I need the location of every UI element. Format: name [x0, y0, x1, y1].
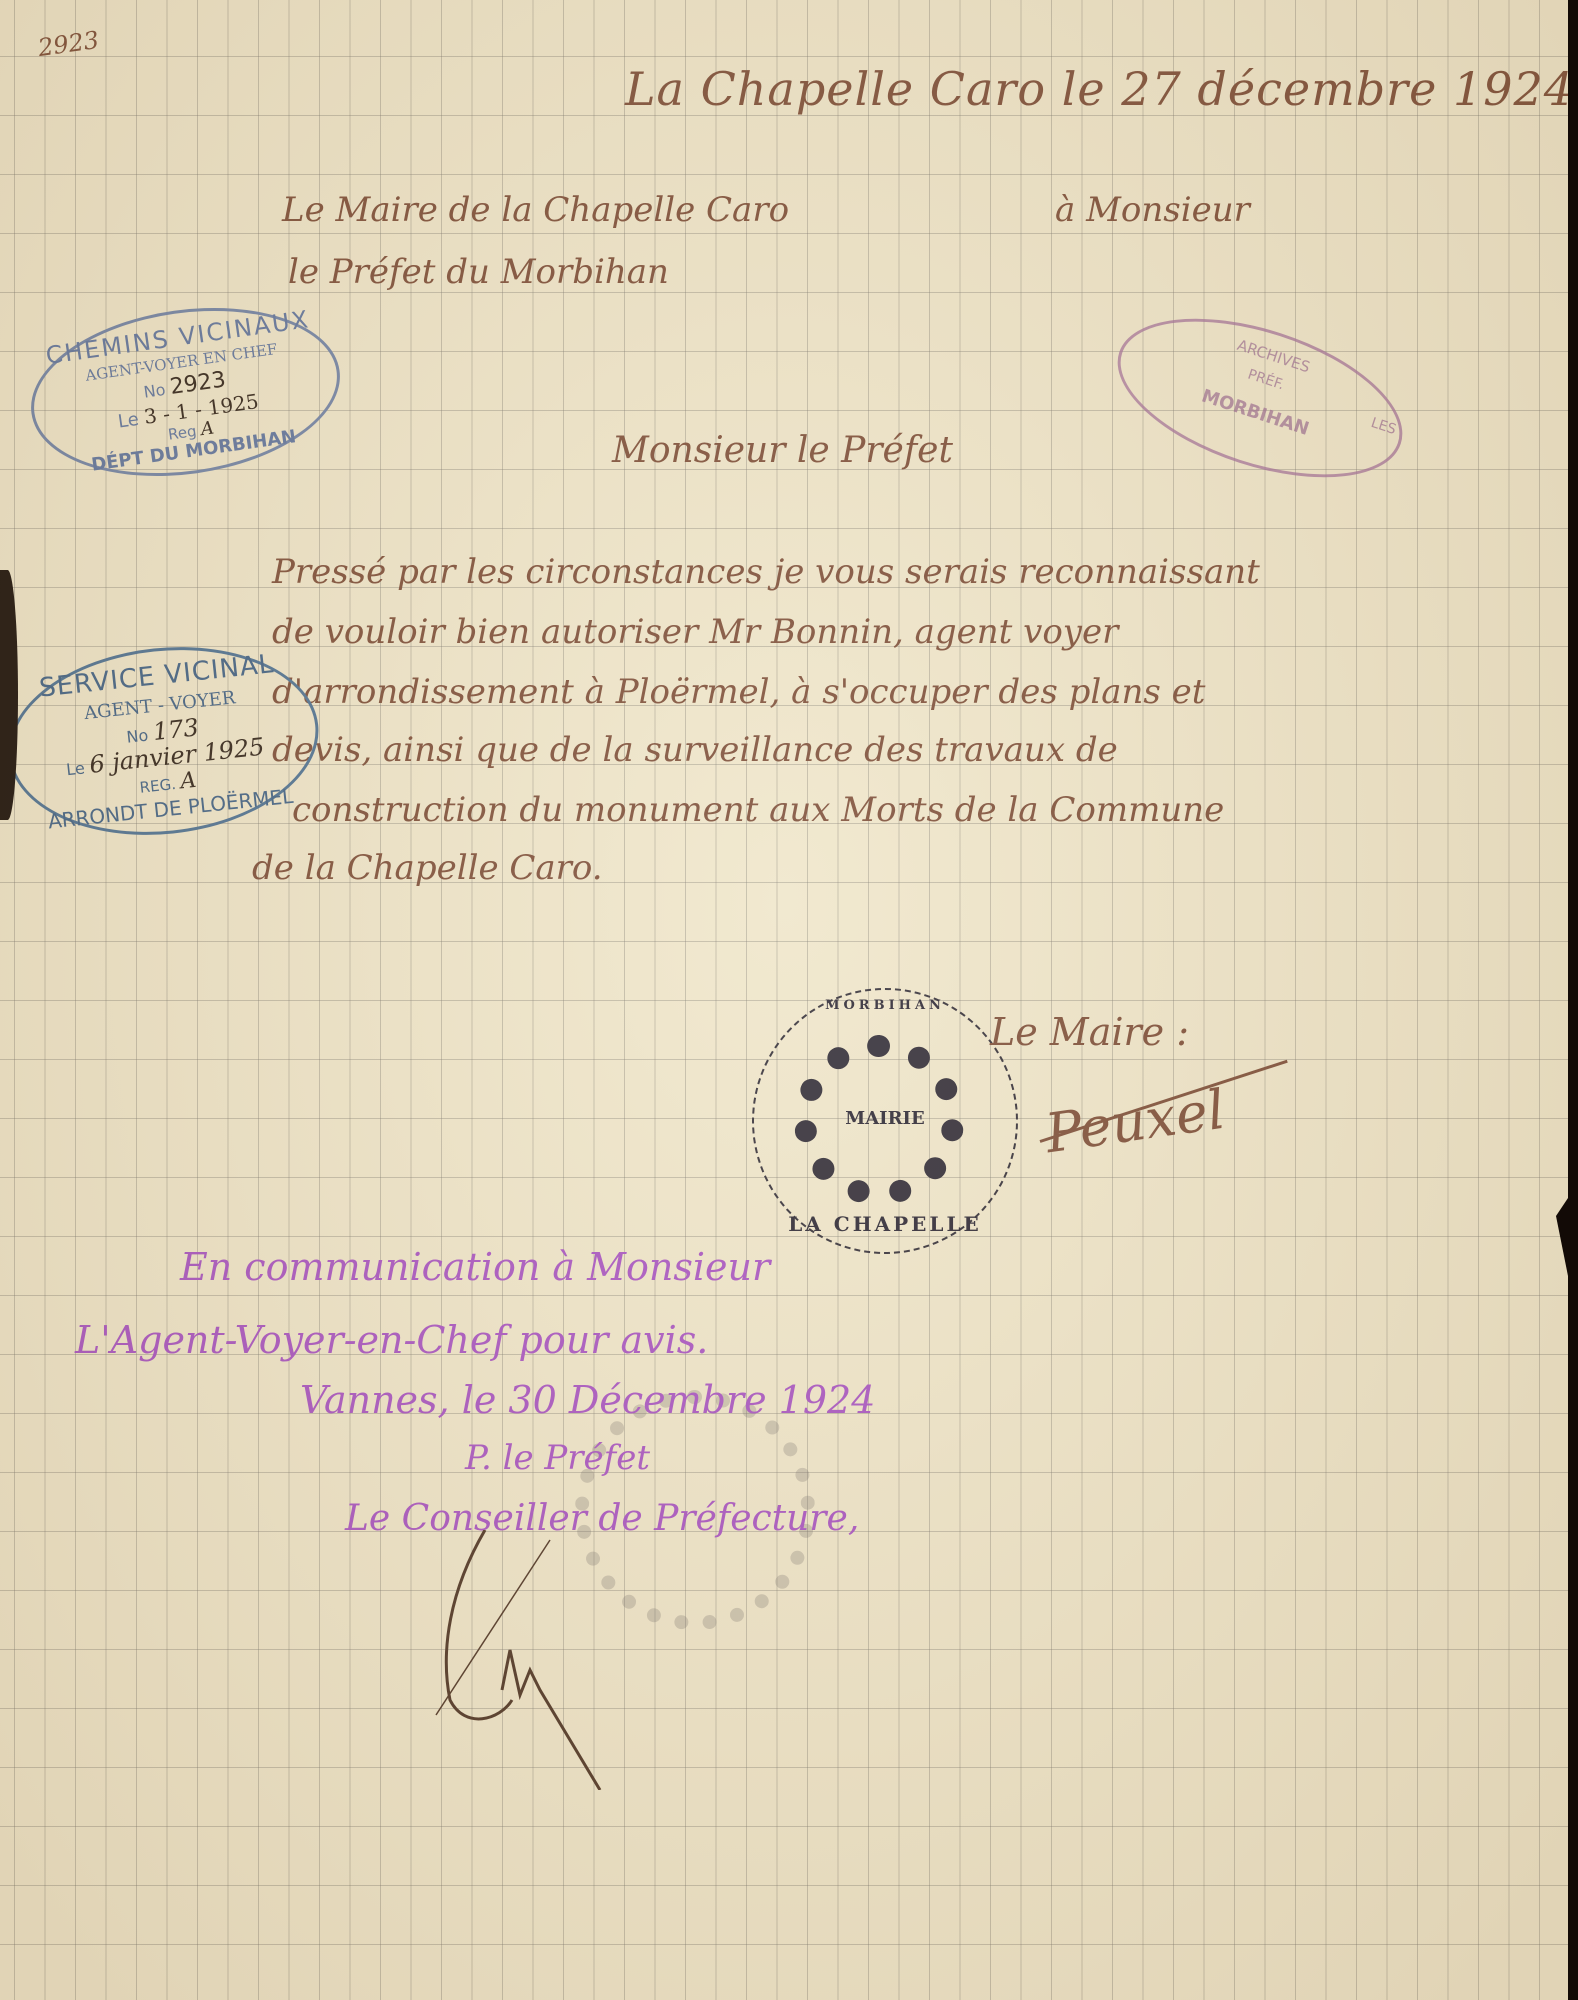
stamp-reg-label: REG. [139, 775, 177, 797]
recipient-prefix: à Monsieur [1055, 190, 1250, 230]
annotation-line: En communication à Monsieur [180, 1245, 770, 1289]
body-line: de la Chapelle Caro. [252, 848, 603, 888]
place-date: La Chapelle Caro le 27 décembre 1924 [625, 62, 1574, 116]
folio-number: 2923 [36, 26, 100, 62]
stamp-date-label: Le [65, 758, 85, 779]
mayor-signature: Peuxel [1041, 1078, 1228, 1165]
seal-top: MORBIHAN [754, 998, 1016, 1013]
annotation-line: P. le Préfet [465, 1438, 650, 1478]
stamp-service-vicinal: SERVICE VICINAL AGENT - VOYER No 173 Le … [0, 632, 328, 849]
body-line: construction du monument aux Morts de la… [292, 790, 1224, 830]
seal-center: MAIRIE [754, 1108, 1016, 1129]
page-edge-right [1568, 0, 1578, 2000]
stamp-chemins-vicinaux: CHEMINS VICINAUX AGENT-VOYER EN CHEF No … [20, 289, 351, 495]
stamp-prefecture: ARCHIVES PRÉF. MORBIHAN LES [1098, 288, 1422, 509]
stamp-reg: A [179, 768, 197, 795]
seal-bottom: LA CHAPELLE [754, 1212, 1016, 1236]
prefect-signature-icon [430, 1530, 610, 1790]
annotation-line: Vannes, le 30 Décembre 1924 [300, 1378, 875, 1422]
letter-page: 2923 La Chapelle Caro le 27 décembre 192… [0, 0, 1568, 2000]
annotation-line: L'Agent-Voyer-en-Chef pour avis. [75, 1318, 708, 1362]
salutation: Monsieur le Préfet [612, 430, 953, 471]
body-line: d'arrondissement à Ploërmel, à s'occuper… [272, 672, 1205, 712]
stamp-mairie-seal: MORBIHAN MAIRIE LA CHAPELLE [752, 988, 1018, 1254]
recipient-line: le Préfet du Morbihan [288, 252, 669, 292]
body-line: devis, ainsi que de la surveillance des … [272, 730, 1118, 770]
stamp-number-label: No [142, 380, 166, 402]
closing-title: Le Maire : [990, 1010, 1189, 1054]
stamp-number-label: No [126, 726, 150, 747]
sender-line: Le Maire de la Chapelle Caro [282, 190, 789, 230]
body-line: Pressé par les circonstances je vous ser… [272, 552, 1260, 592]
page-tear [1556, 1198, 1568, 1276]
body-line: de vouloir bien autoriser Mr Bonnin, age… [272, 612, 1118, 652]
